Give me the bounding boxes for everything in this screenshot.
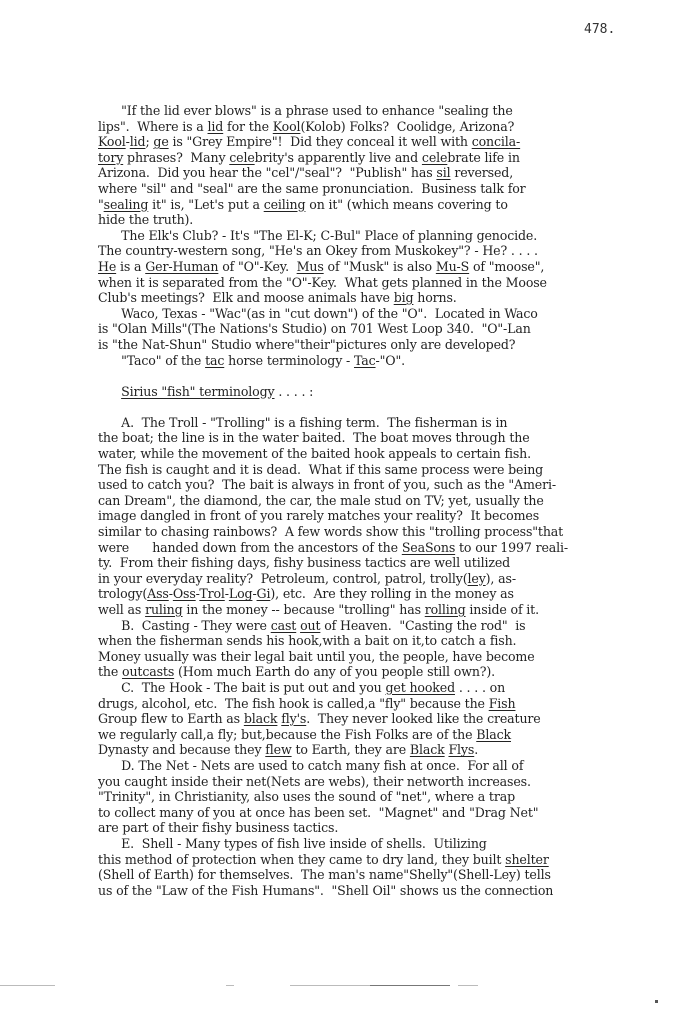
text-run: us of the "Law of the Fish Humans". "She… bbox=[98, 883, 553, 898]
text-run: phrases? Many bbox=[123, 150, 229, 165]
text-run: to Earth, they are bbox=[292, 742, 410, 757]
underlined-term: cele bbox=[422, 150, 447, 165]
text-run: this method of protection when they came… bbox=[98, 852, 505, 867]
text-line: us of the "Law of the Fish Humans". "She… bbox=[98, 883, 658, 899]
underlined-term: get hooked bbox=[385, 680, 455, 695]
underlined-term: Mus bbox=[297, 259, 324, 274]
text-line: "Taco" of the tac horse terminology - Ta… bbox=[98, 353, 658, 369]
underlined-term: rolling bbox=[425, 602, 466, 617]
text-run: (Kolob) Folks? Coolidge, Arizona? bbox=[300, 119, 514, 134]
underlined-term: Flys bbox=[448, 742, 474, 757]
text-run: ), as- bbox=[486, 571, 516, 586]
text-line: Sirius "fish" terminology . . . . : bbox=[98, 384, 658, 400]
text-line: A. The Troll - "Trolling" is a fishing t… bbox=[98, 415, 658, 431]
text-line: Dynasty and because they flew to Earth, … bbox=[98, 742, 658, 758]
text-line: image dangled in front of you rarely mat… bbox=[98, 508, 658, 524]
underlined-term: sil bbox=[436, 165, 450, 180]
footer-rule bbox=[370, 985, 450, 986]
text-line bbox=[98, 368, 658, 384]
text-run: Club's meetings? Elk and moose animals h… bbox=[98, 290, 394, 305]
underlined-term: ley bbox=[468, 571, 486, 586]
text-run: the boat; the line is in the water baite… bbox=[98, 430, 530, 445]
text-line: Club's meetings? Elk and moose animals h… bbox=[98, 290, 658, 306]
underlined-term: Log bbox=[229, 586, 253, 601]
text-run bbox=[98, 384, 121, 399]
text-line: trology(Ass-Oss-Trol-Log-Gi), etc. Are t… bbox=[98, 586, 658, 602]
text-line: He is a Ger-Human of "O"-Key. Mus of "Mu… bbox=[98, 259, 658, 275]
text-line: Kool-lid; ge is "Grey Empire"! Did they … bbox=[98, 134, 658, 150]
text-line: (Shell of Earth) for themselves. The man… bbox=[98, 867, 658, 883]
underlined-term: concila- bbox=[472, 134, 520, 149]
text-line: Money usually was their legal bait until… bbox=[98, 649, 658, 665]
text-run: can Dream", the diamond, the car, the ma… bbox=[98, 493, 544, 508]
text-run: for the bbox=[223, 119, 273, 134]
text-run: . . . . on bbox=[455, 680, 505, 695]
footer-rule bbox=[290, 985, 370, 986]
underlined-term: Gi bbox=[257, 586, 271, 601]
text-line: where "sil" and "seal" are the same pron… bbox=[98, 181, 658, 197]
underlined-term: cast bbox=[271, 618, 297, 633]
text-run: in your everyday reality? Petroleum, con… bbox=[98, 571, 468, 586]
underlined-term: Mu-S bbox=[436, 259, 469, 274]
underlined-term: flew bbox=[265, 742, 291, 757]
text-run: on it" (which means covering to bbox=[305, 197, 507, 212]
text-run: drugs, alcohol, etc. The fish hook is ca… bbox=[98, 696, 489, 711]
text-run: reversed, bbox=[451, 165, 514, 180]
text-run: hide the truth). bbox=[98, 212, 193, 227]
text-run: horse terminology - bbox=[224, 353, 354, 368]
underlined-term: out bbox=[300, 618, 320, 633]
text-line: we regularly call,a fly; but,because the… bbox=[98, 727, 658, 743]
underlined-term: Sirius "fish" terminology bbox=[121, 384, 274, 399]
text-run: . . . . : bbox=[275, 384, 314, 399]
text-run: Money usually was their legal bait until… bbox=[98, 649, 535, 664]
underlined-term: Trol bbox=[199, 586, 224, 601]
text-line: similar to chasing rainbows? A few words… bbox=[98, 524, 658, 540]
underlined-term: fly's bbox=[281, 711, 306, 726]
text-run: The country-western song, "He's an Okey … bbox=[98, 243, 538, 258]
text-run: of "Musk" is also bbox=[324, 259, 436, 274]
text-run: E. Shell - Many types of fish live insid… bbox=[98, 836, 487, 851]
text-line: can Dream", the diamond, the car, the ma… bbox=[98, 493, 658, 509]
text-run: you caught inside their net(Nets are web… bbox=[98, 774, 531, 789]
text-line: water, while the movement of the baited … bbox=[98, 446, 658, 462]
text-run: to collect many of you at once has been … bbox=[98, 805, 538, 820]
text-line: the outcasts (Hom much Earth do any of y… bbox=[98, 664, 658, 680]
text-run: when it is separated from the "O"-Key. W… bbox=[98, 275, 547, 290]
text-run: of "moose", bbox=[469, 259, 544, 274]
text-run: (Shell of Earth) for themselves. The man… bbox=[98, 867, 551, 882]
underlined-term: tory bbox=[98, 150, 123, 165]
text-run: "Trinity", in Christianity, also uses th… bbox=[98, 789, 515, 804]
underlined-term: ge bbox=[153, 134, 168, 149]
text-line: is "Olan Mills"(The Nations's Studio) on… bbox=[98, 321, 658, 337]
text-line: the boat; the line is in the water baite… bbox=[98, 430, 658, 446]
text-line: were handed down from the ancestors of t… bbox=[98, 540, 658, 556]
text-line: The country-western song, "He's an Okey … bbox=[98, 243, 658, 259]
text-run: of "O"-Key. bbox=[218, 259, 296, 274]
text-run: is "the Nat-Shun" Studio where"their"pic… bbox=[98, 337, 515, 352]
text-run: used to catch you? The bait is always in… bbox=[98, 477, 556, 492]
text-line: B. Casting - They were cast out of Heave… bbox=[98, 618, 658, 634]
underlined-term: outcasts bbox=[122, 664, 174, 679]
text-run: where "sil" and "seal" are the same pron… bbox=[98, 181, 526, 196]
text-line: tory phrases? Many celebrity's apparentl… bbox=[98, 150, 658, 166]
underlined-term: tac bbox=[205, 353, 224, 368]
underlined-term: Black bbox=[410, 742, 445, 757]
footer-rule bbox=[226, 985, 234, 986]
underlined-term: Black bbox=[476, 727, 511, 742]
underlined-term: SeaSons bbox=[402, 540, 455, 555]
text-line: The Elk's Club? - It's "The El-K; C-Bul"… bbox=[98, 228, 658, 244]
underlined-term: Ass bbox=[147, 586, 169, 601]
text-run: image dangled in front of you rarely mat… bbox=[98, 508, 539, 523]
text-run: of Heaven. "Casting the rod" is bbox=[320, 618, 525, 633]
underlined-term: Ger-Human bbox=[145, 259, 218, 274]
text-run: it" is, "Let's put a bbox=[148, 197, 263, 212]
underlined-term: black bbox=[244, 711, 278, 726]
text-line: when the fisherman sends his hook,with a… bbox=[98, 633, 658, 649]
text-line: ty. From their fishing days, fishy busin… bbox=[98, 555, 658, 571]
text-run: brity's apparently live and bbox=[255, 150, 422, 165]
text-run: the bbox=[98, 664, 122, 679]
text-run: C. The Hook - The bait is put out and yo… bbox=[98, 680, 385, 695]
text-line: "Trinity", in Christianity, also uses th… bbox=[98, 789, 658, 805]
text-line: you caught inside their net(Nets are web… bbox=[98, 774, 658, 790]
text-run: "If the lid ever blows" is a phrase used… bbox=[98, 103, 513, 118]
text-line: Waco, Texas - "Wac"(as in "cut down") of… bbox=[98, 306, 658, 322]
text-run: . They never looked like the creature bbox=[306, 711, 540, 726]
text-run: The fish is caught and it is dead. What … bbox=[98, 462, 543, 477]
text-run: A. The Troll - "Trolling" is a fishing t… bbox=[98, 415, 507, 430]
text-line: in your everyday reality? Petroleum, con… bbox=[98, 571, 658, 587]
scan-mark bbox=[655, 1000, 658, 1003]
underlined-term: big bbox=[394, 290, 414, 305]
text-run: Group flew to Earth as bbox=[98, 711, 244, 726]
text-line: "If the lid ever blows" is a phrase used… bbox=[98, 103, 658, 119]
text-run: ty. From their fishing days, fishy busin… bbox=[98, 555, 510, 570]
text-line: this method of protection when they came… bbox=[98, 852, 658, 868]
text-run: B. Casting - They were bbox=[98, 618, 271, 633]
text-line: hide the truth). bbox=[98, 212, 658, 228]
underlined-term: Fish bbox=[489, 696, 516, 711]
underlined-term: ceiling bbox=[264, 197, 306, 212]
text-run: we regularly call,a fly; but,because the… bbox=[98, 727, 476, 742]
footer-rule bbox=[0, 985, 55, 986]
text-run: ), etc. Are they rolling in the money as bbox=[270, 586, 513, 601]
text-line: drugs, alcohol, etc. The fish hook is ca… bbox=[98, 696, 658, 712]
footer-rule bbox=[458, 985, 478, 986]
text-line: is "the Nat-Shun" Studio where"their"pic… bbox=[98, 337, 658, 353]
text-run: were handed down from the ancestors of t… bbox=[98, 540, 402, 555]
underlined-term: ruling bbox=[145, 602, 182, 617]
text-run: -"O". bbox=[376, 353, 405, 368]
text-run: trology( bbox=[98, 586, 147, 601]
text-run: inside of it. bbox=[466, 602, 539, 617]
text-line: when it is separated from the "O"-Key. W… bbox=[98, 275, 658, 291]
underlined-term: Kool bbox=[273, 119, 301, 134]
underlined-term: He bbox=[98, 259, 116, 274]
text-run: similar to chasing rainbows? A few words… bbox=[98, 524, 563, 539]
text-line: to collect many of you at once has been … bbox=[98, 805, 658, 821]
text-run: Dynasty and because they bbox=[98, 742, 265, 757]
text-line: The fish is caught and it is dead. What … bbox=[98, 462, 658, 478]
text-line: Arizona. Did you hear the "cel"/"seal"? … bbox=[98, 165, 658, 181]
text-run: lips". Where is a bbox=[98, 119, 208, 134]
text-run: (Hom much Earth do any of you people sti… bbox=[174, 664, 495, 679]
text-run: Waco, Texas - "Wac"(as in "cut down") of… bbox=[98, 306, 538, 321]
text-run: is a bbox=[116, 259, 145, 274]
text-line bbox=[98, 399, 658, 415]
text-run: is "Olan Mills"(The Nations's Studio) on… bbox=[98, 321, 531, 336]
text-run: is "Grey Empire"! Did they conceal it we… bbox=[169, 134, 472, 149]
underlined-term: lid bbox=[208, 119, 224, 134]
page-number: 478. bbox=[584, 22, 615, 37]
text-line: D. The Net - Nets are used to catch many… bbox=[98, 758, 658, 774]
text-line: are part of their fishy business tactics… bbox=[98, 820, 658, 836]
text-line: lips". Where is a lid for the Kool(Kolob… bbox=[98, 119, 658, 135]
text-run: Arizona. Did you hear the "cel"/"seal"? … bbox=[98, 165, 436, 180]
underlined-term: cele bbox=[229, 150, 254, 165]
text-run: when the fisherman sends his hook,with a… bbox=[98, 633, 516, 648]
text-run: to our 1997 reali- bbox=[455, 540, 568, 555]
underlined-term: Oss bbox=[173, 586, 196, 601]
text-run: water, while the movement of the baited … bbox=[98, 446, 531, 461]
text-line: C. The Hook - The bait is put out and yo… bbox=[98, 680, 658, 696]
text-run: . bbox=[474, 742, 478, 757]
text-run: horns. bbox=[413, 290, 456, 305]
underlined-term: lid bbox=[130, 134, 146, 149]
text-line: well as ruling in the money -- because "… bbox=[98, 602, 658, 618]
document-body: "If the lid ever blows" is a phrase used… bbox=[98, 103, 658, 898]
text-run: are part of their fishy business tactics… bbox=[98, 820, 338, 835]
underlined-term: shelter bbox=[505, 852, 549, 867]
underlined-term: Tac bbox=[354, 353, 376, 368]
text-run: The Elk's Club? - It's "The El-K; C-Bul"… bbox=[98, 228, 537, 243]
text-line: used to catch you? The bait is always in… bbox=[98, 477, 658, 493]
text-run: well as bbox=[98, 602, 145, 617]
text-line: "sealing it" is, "Let's put a ceiling on… bbox=[98, 197, 658, 213]
text-run: "Taco" of the bbox=[98, 353, 205, 368]
text-line: E. Shell - Many types of fish live insid… bbox=[98, 836, 658, 852]
text-line: Group flew to Earth as black fly's. They… bbox=[98, 711, 658, 727]
text-run: D. The Net - Nets are used to catch many… bbox=[98, 758, 523, 773]
underlined-term: Kool bbox=[98, 134, 126, 149]
text-run: in the money -- because "trolling" has bbox=[183, 602, 425, 617]
underlined-term: sealing bbox=[104, 197, 149, 212]
text-run: brate life in bbox=[447, 150, 519, 165]
